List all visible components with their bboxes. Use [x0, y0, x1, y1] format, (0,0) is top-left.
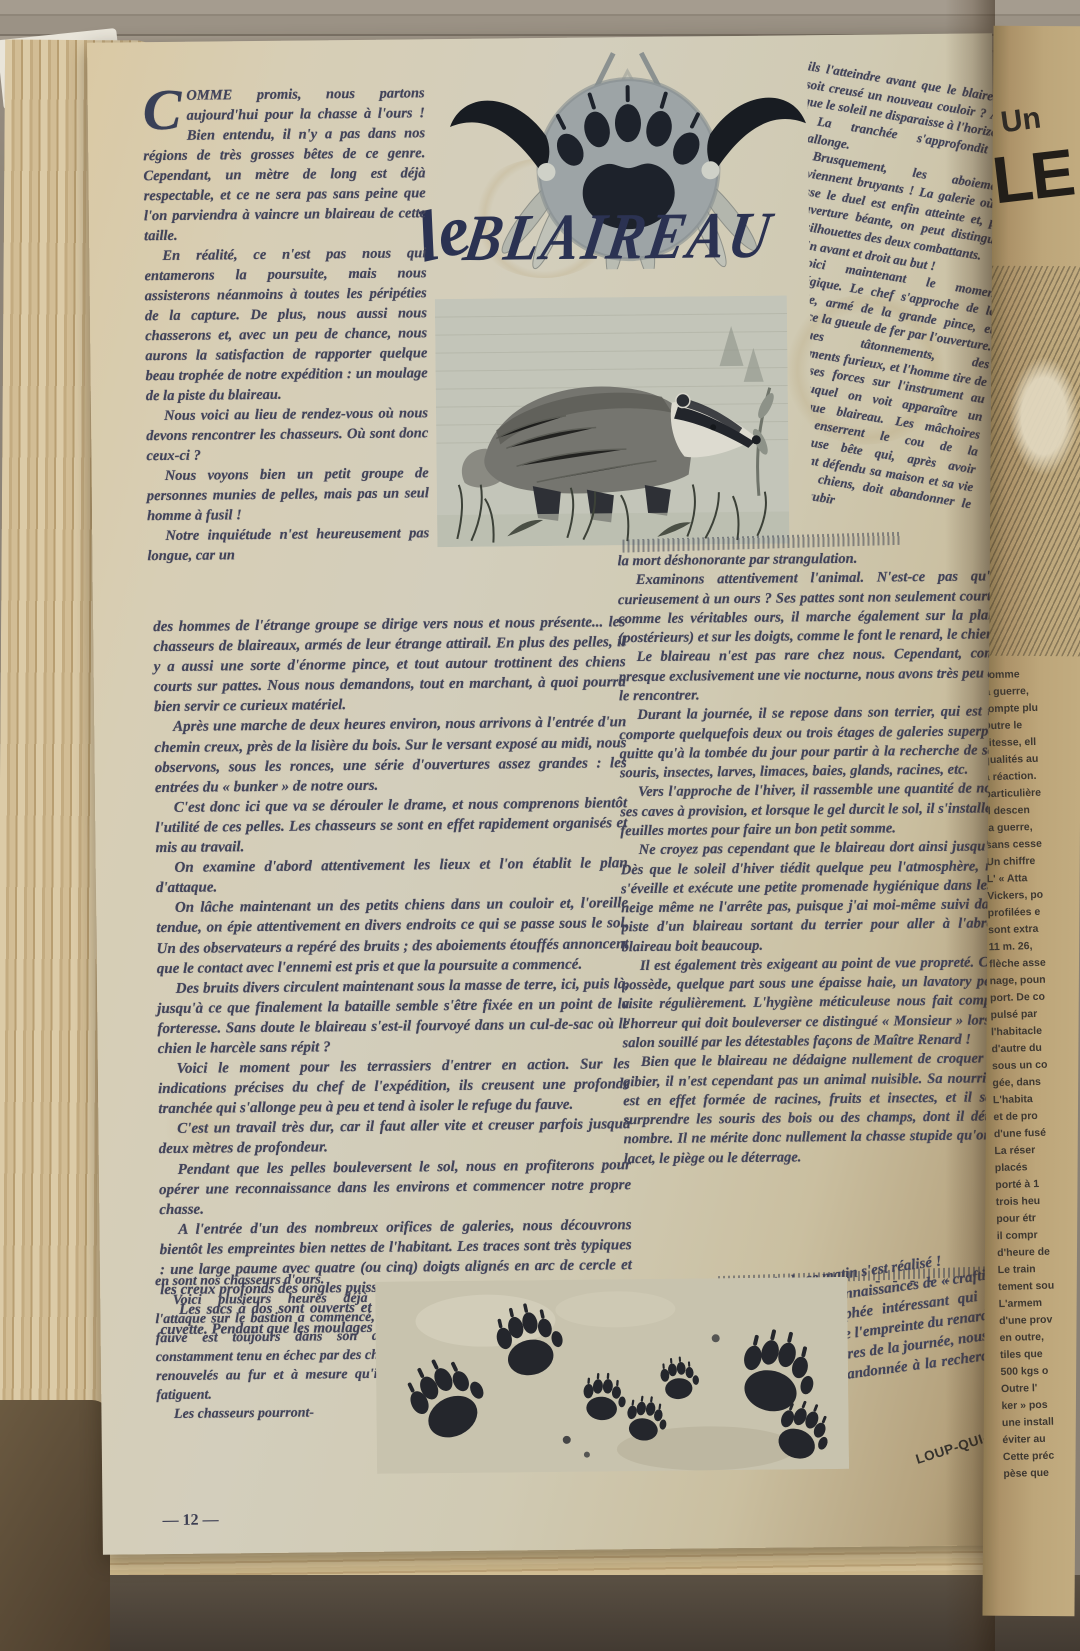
paragraph: Nous voici au lieu de rendez-vous où nou…: [146, 403, 429, 466]
column-left-top: COMME promis, nous partons aujourd'hui p…: [143, 83, 430, 566]
next-page-headline-small: Un: [999, 101, 1043, 140]
paragraph: Nous voyons bien un petit groupe de pers…: [147, 463, 430, 526]
magazine-right-page: Un LE Comme la guerre, compte plu Outre …: [982, 26, 1080, 1617]
magazine-left-page: leBLAIREAU: [87, 33, 1008, 1554]
paragraph: C'est un travail très dur, car il faut a…: [158, 1114, 630, 1159]
paragraph: Voici plusieurs heures déjà que l'attaqu…: [155, 1289, 406, 1406]
paragraph: On examine d'abord attentivement les lie…: [156, 853, 628, 898]
column-bottom-left: en sont nos chasseurs d'ours. Voici plus…: [155, 1270, 407, 1425]
paragraph: On lâche maintenant un des petits chiens…: [156, 893, 629, 978]
page-number: — 12 —: [162, 1511, 218, 1530]
paragraph-intro-text: OMME promis, nous partons aujourd'hui po…: [143, 85, 426, 244]
paragraph: Pendant que les pelles bouleversent le s…: [159, 1155, 632, 1220]
badger-illustration: [435, 295, 790, 547]
paragraph: Après une marche de deux heures environ,…: [154, 713, 627, 798]
dropcap-letter: C: [143, 86, 187, 132]
paragraph: Les chasseurs pourront-: [156, 1403, 406, 1425]
paragraph: en sont nos chasseurs d'ours.: [155, 1270, 405, 1292]
paragraph-intro: COMME promis, nous partons aujourd'hui p…: [143, 83, 427, 246]
paragraph: Des bruits divers circulent maintenant s…: [157, 974, 630, 1059]
title-main: BLAIREAU: [459, 198, 779, 277]
next-page-text-fragments: Comme la guerre, compte plu Outre le vit…: [982, 665, 1080, 1483]
book-photo: leBLAIREAU: [0, 0, 1080, 1651]
column-wide-left: des hommes de l'étrange groupe se dirige…: [153, 612, 633, 1340]
book-cover-corner: [0, 1400, 110, 1651]
badger-pawprints-illustration: [375, 1277, 849, 1474]
paragraph: En réalité, ce n'est pas nous qui entame…: [144, 243, 428, 406]
next-page-illustration: [989, 266, 1080, 657]
paragraph: C'est donc ici que va se dérouler le dra…: [155, 793, 628, 858]
next-page-headline-large: LE: [988, 134, 1077, 219]
paragraph: Voici le moment pour les terrassiers d'e…: [158, 1054, 631, 1119]
table-shadow-bottom: [0, 1575, 1080, 1651]
paragraph: Notre inquiétude n'est heureusement pas …: [147, 523, 429, 566]
paragraph: des hommes de l'étrange groupe se dirige…: [153, 612, 626, 717]
article-title: leBLAIREAU: [417, 194, 773, 272]
